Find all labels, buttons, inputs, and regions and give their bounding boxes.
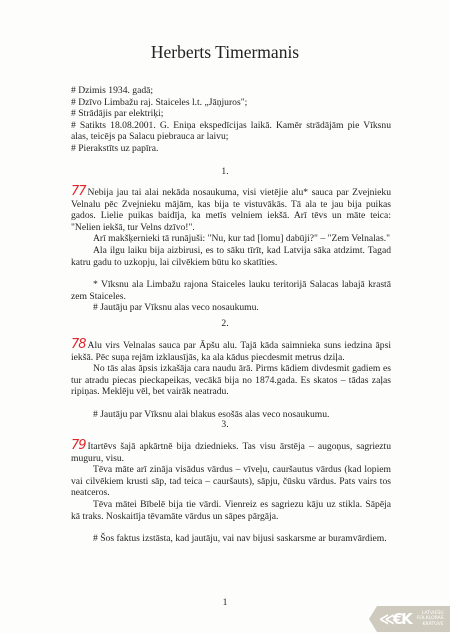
paragraph: Tēva māte arī zināja visādus vārdus – vī… — [71, 464, 391, 499]
informant-metadata: # Dzimis 1934. gadā; # Dzīvo Limbažu raj… — [71, 85, 391, 155]
section-2: 78Alu virs Velnalas sauca par Āpšu alu. … — [71, 340, 391, 421]
handwritten-record-number: 79 — [71, 438, 86, 453]
paragraph: Nebija jau tai alai nekāda nosaukuma, vi… — [71, 187, 391, 233]
section-number: 2. — [0, 318, 450, 329]
paragraph: Alu virs Velnalas sauca par Āpšu alu. Ta… — [71, 340, 391, 363]
meta-line: # Pierakstīts uz papīra. — [71, 143, 391, 155]
section-3: 79Itartēvs šajā apkārtnē bija dziednieks… — [71, 441, 391, 545]
paragraph: Arī makšķernieki tā runājuši: "Nu, kur t… — [71, 233, 391, 245]
handwritten-record-number: 77 — [71, 184, 86, 199]
logo-line: KRĀTUVE — [417, 622, 444, 628]
collector-note: # Jautāju par Vīksnu alas veco nosaukumu… — [71, 302, 391, 314]
archive-logo: ≪€K LATVIEŠU FOLKLORAS KRĀTUVE — [369, 606, 450, 632]
scanned-document-page: Herberts Timermanis # Dzimis 1934. gadā;… — [0, 0, 450, 634]
meta-line: # Dzīvo Limbažu raj. Staiceles l.t. „Jāņ… — [71, 97, 391, 109]
meta-line: # Dzimis 1934. gadā; — [71, 85, 391, 97]
logo-mark-icon: ≪€K — [379, 610, 411, 628]
collector-note: # Šos faktus izstāsta, kad jautāju, vai … — [71, 533, 391, 545]
handwritten-record-number: 78 — [71, 337, 86, 352]
meta-line: # Strādājis par elektriķi; — [71, 108, 391, 120]
paragraph: Tēva mātei Bībelē bija tie vārdi. Vienre… — [71, 499, 391, 522]
document-title: Herberts Timermanis — [0, 42, 450, 63]
logo-text: LATVIEŠU FOLKLORAS KRĀTUVE — [417, 611, 444, 628]
section-number: 1. — [0, 166, 450, 177]
paragraph: No tās alas āpsis izkašāja cara naudu ār… — [71, 363, 391, 398]
footnote: * Vīksnu ala Limbažu rajona Staiceles la… — [71, 279, 391, 302]
logo-line: FOLKLORAS — [417, 616, 444, 622]
paragraph: Itartēvs šajā apkārtnē bija dziednieks. … — [71, 441, 391, 464]
section-1: 77Nebija jau tai alai nekāda nosaukuma, … — [71, 187, 391, 314]
section-number: 3. — [0, 419, 450, 430]
meta-line: # Satikts 18.08.2001. G. Eniņa ekspedīci… — [71, 120, 391, 143]
paragraph: Ala ilgu laiku bija aizbirusi, es to sāk… — [71, 245, 391, 268]
